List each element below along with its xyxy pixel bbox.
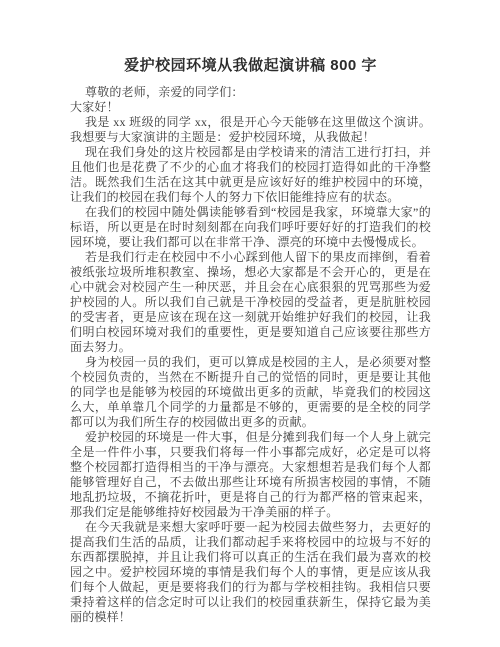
paragraph: 若是我们行走在校园中不小心踩到他人留下的果皮而摔倒，看着被纸张垃圾所堆积教室、操… [70,250,431,355]
paragraph: 大家好！ [70,100,431,115]
paragraph: 爱护校园的环境是一件大事，但是分摊到我们每一个人身上就完全是一件件小事，只要我们… [70,430,431,520]
document-title: 爱护校园环境从我做起演讲稿 800 字 [70,56,431,76]
document-body: 尊敬的老师，亲爱的同学们：大家好！我是 xx 班级的同学 xx，很是开心今天能够… [70,85,431,625]
paragraph: 现在我们身处的这片校园都是由学校请来的清洁工进行打扫，并且他们也是花费了不少的心… [70,145,431,205]
paragraph: 在今天我就是来想大家呼吁要一起为校园去做些努力，去更好的提高我们生活的品质，让我… [70,520,431,625]
paragraph: 我是 xx 班级的同学 xx，很是开心今天能够在这里做这个演讲。我想要与大家演讲… [70,115,431,145]
paragraph: 尊敬的老师，亲爱的同学们： [70,85,431,100]
paragraph: 在我们的校园中随处偶读能够看到“校园是我家，环境靠大家”的标语，所以更是在时时刻… [70,205,431,250]
document-page: 爱护校园环境从我做起演讲稿 800 字 尊敬的老师，亲爱的同学们：大家好！我是 … [0,0,500,647]
paragraph: 身为校园一员的我们，更可以算成是校园的主人，是必须要对整个校园负责的，当然在不断… [70,355,431,430]
